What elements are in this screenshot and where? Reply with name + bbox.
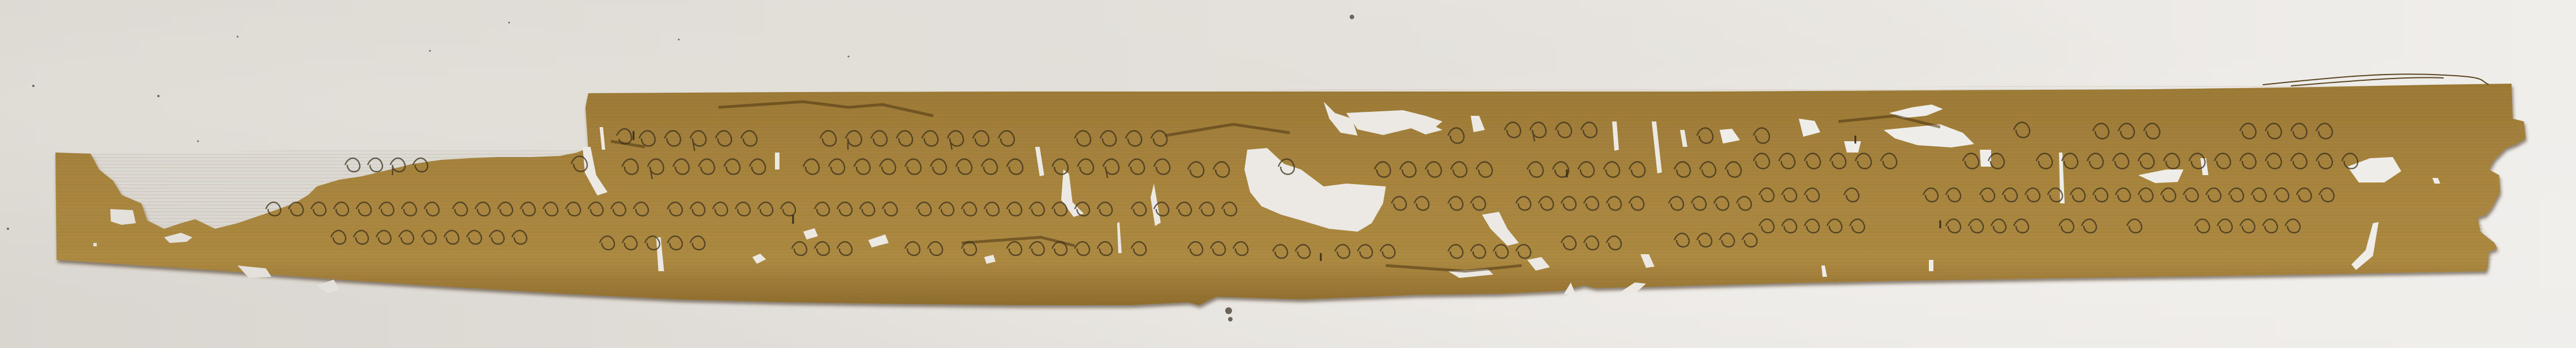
palm-leaf-manuscript (0, 0, 2576, 348)
photo-scene: Damaged palm-leaf manuscript with Odia s… (0, 0, 2576, 348)
